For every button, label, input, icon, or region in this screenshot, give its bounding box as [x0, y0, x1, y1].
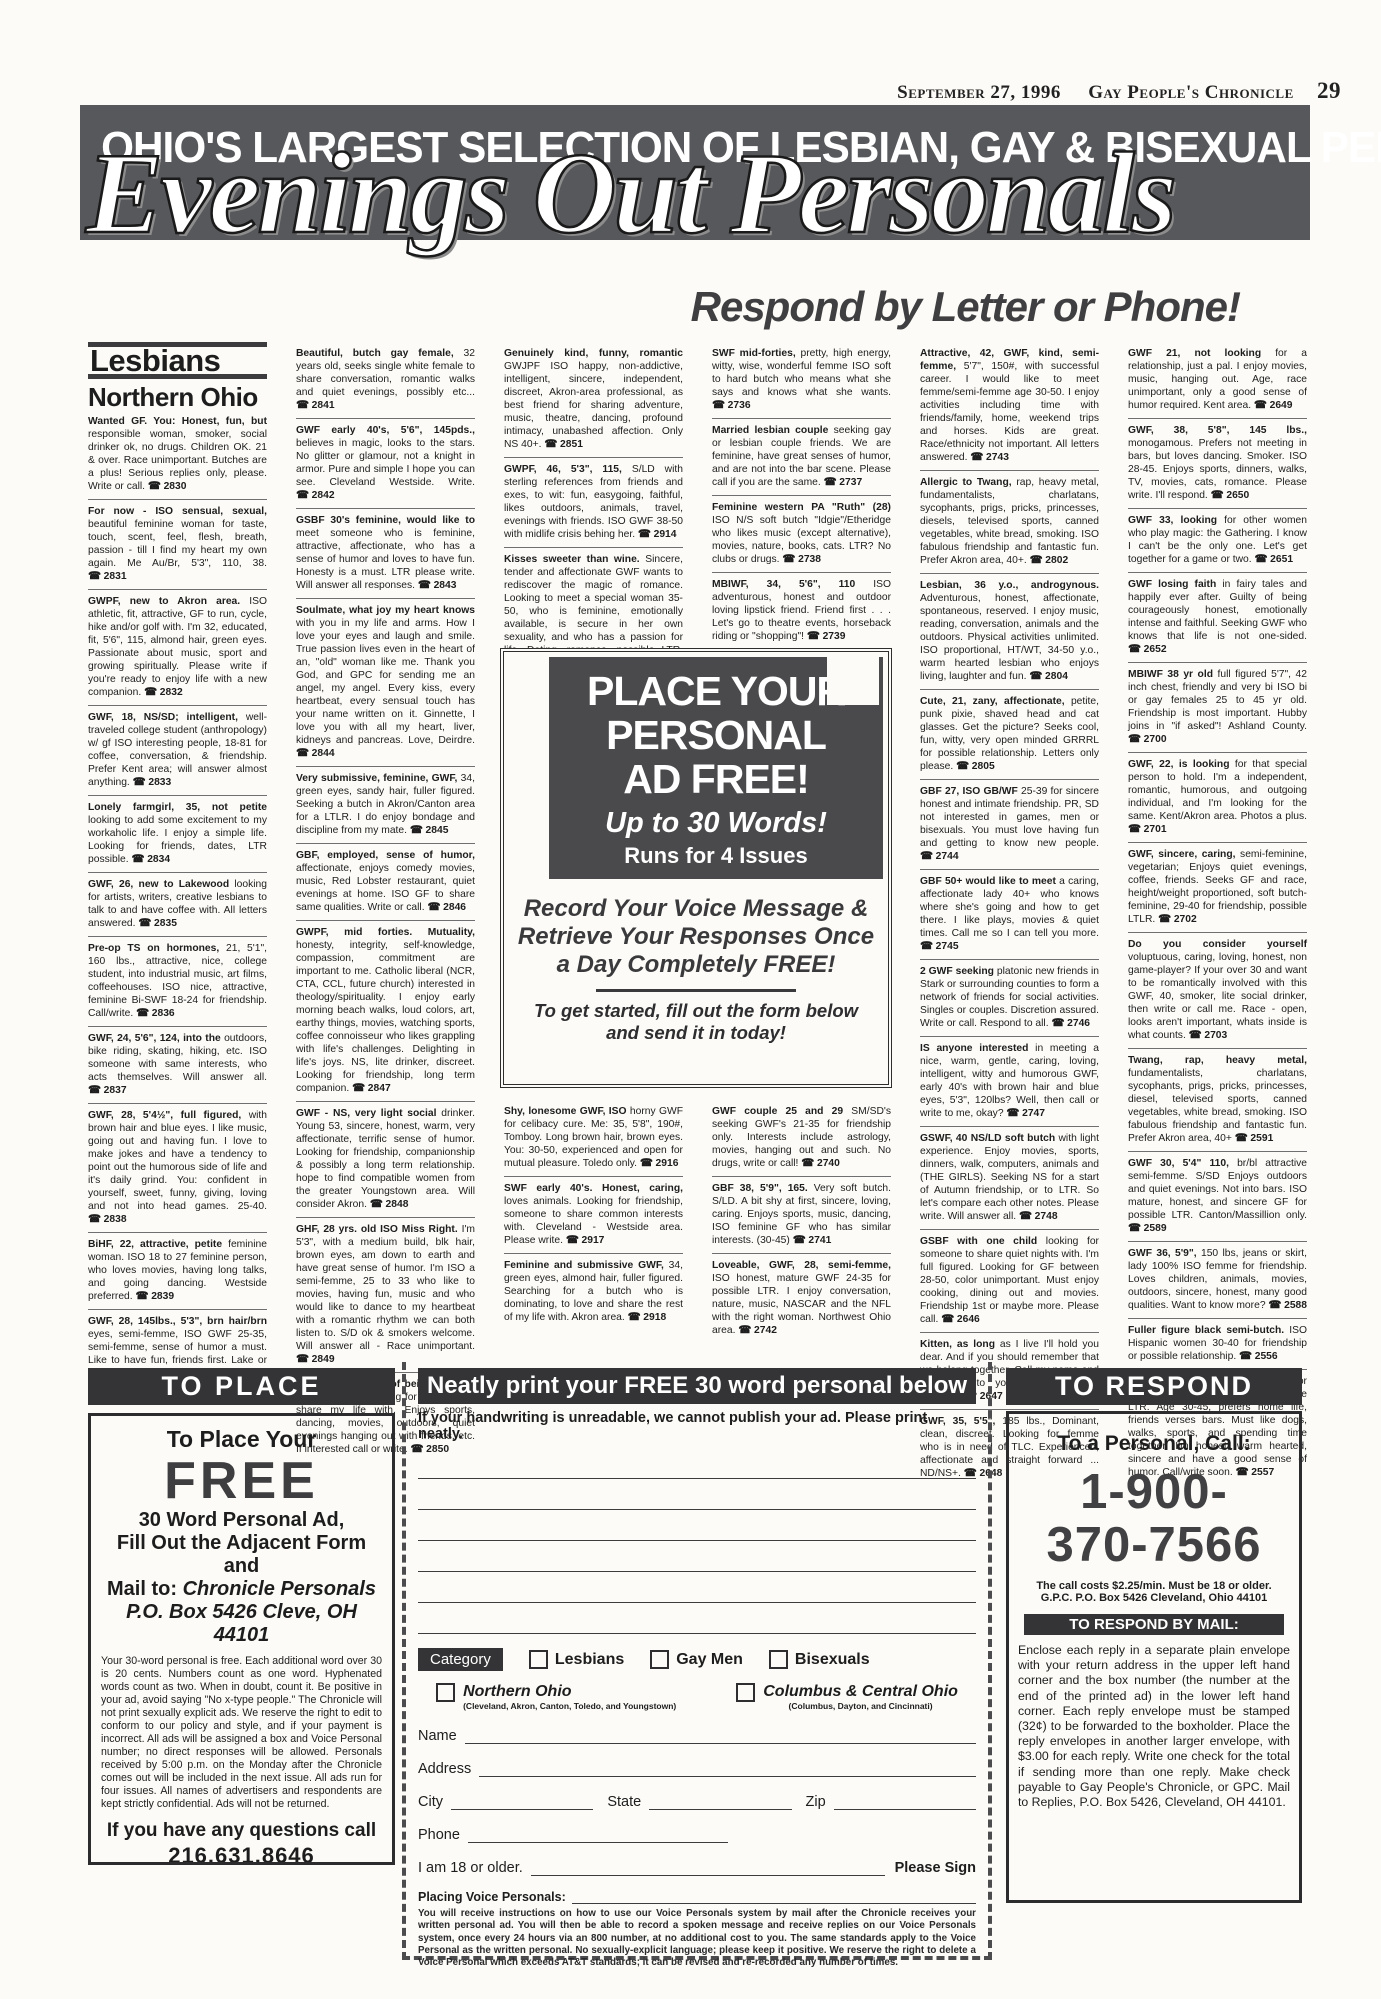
ad-column-1: LesbiansNorthern OhioWanted GF. You: Hon…	[88, 342, 267, 1386]
personal-ad: GWF, 28, 5'4½", full figured, with brown…	[88, 1103, 267, 1232]
personal-ad: GWPF, mid forties. Mutuality, honesty, i…	[296, 920, 475, 1101]
promo-title-line: PERSONAL	[553, 713, 879, 757]
phone-icon-box-number: ☎ 2589	[1128, 1223, 1167, 1234]
phone-icon-box-number: ☎ 2805	[956, 761, 995, 772]
category-option-bisexuals[interactable]: Bisexuals	[769, 1650, 870, 1669]
section-logo: Evenings Out Personals	[86, 128, 1316, 261]
personal-ad: Wanted GF. You: Honest, fun, but respons…	[88, 410, 267, 499]
signature-field[interactable]	[531, 1862, 885, 1876]
phone-icon-box-number: ☎ 2835	[138, 918, 177, 929]
ad-column-3: Genuinely kind, funny, romantic GWJPF IS…	[504, 342, 683, 676]
phone-icon-box-number: ☎ 2556	[1239, 1351, 1278, 1362]
phone-icon-box-number: ☎ 2830	[148, 481, 187, 492]
personal-ad: GSWF, 40 NS/LD soft butch with light exp…	[920, 1126, 1099, 1229]
respond-phone-number: 1-900- 370-7566	[1018, 1466, 1290, 1572]
mailto-name: Chronicle Personals	[183, 1578, 376, 1600]
phone-icon-box-number: ☎ 2851	[544, 439, 583, 450]
ad-column-5: Attractive, 42, GWF, kind, semi-femme, 5…	[920, 342, 1099, 1486]
respond-by-mail-instructions: Enclose each reply in a separate plain e…	[1018, 1643, 1290, 1810]
phone-icon-box-number: ☎ 2847	[352, 1083, 391, 1094]
phone-icon-box-number: ☎ 2739	[807, 631, 846, 642]
phone-icon-box-number: ☎ 2839	[136, 1291, 175, 1302]
checkbox-icon[interactable]	[769, 1650, 788, 1669]
personal-ad: Loveable, GWF, 28, semi-femme, ISO hones…	[712, 1253, 891, 1343]
voice-label-rule	[572, 1890, 976, 1904]
write-line[interactable]	[418, 1448, 976, 1479]
personal-ad: GWF couple 25 and 29 SM/SD's seeking GWF…	[712, 1100, 891, 1176]
phone-icon-box-number: ☎ 2747	[1006, 1108, 1045, 1119]
personal-ad: Feminine and submissive GWF, 34, green e…	[504, 1253, 683, 1330]
phone-icon-box-number: ☎ 2804	[1029, 671, 1068, 682]
to-place-intro: To Place Your	[101, 1426, 382, 1453]
personal-ad: GBF, employed, sense of humor, affection…	[296, 843, 475, 920]
phone-icon-box-number: ☎ 2844	[296, 748, 335, 759]
personal-ad: IS anyone interested in meeting a nice, …	[920, 1036, 1099, 1126]
phone-icon-box-number: ☎ 2591	[1235, 1133, 1274, 1144]
phone-icon-box-number: ☎ 2737	[824, 477, 863, 488]
page-number: 29	[1317, 78, 1341, 103]
handwriting-warning: If your handwriting is unreadable, we ca…	[418, 1410, 976, 1442]
personal-ad: Very submissive, feminine, GWF, 34, gree…	[296, 766, 475, 843]
personal-ad: Attractive, 42, GWF, kind, semi-femme, 5…	[920, 342, 1099, 470]
name-field-label: Name	[418, 1728, 465, 1744]
phone-icon-box-number: ☎ 2744	[920, 851, 959, 862]
personal-ad: GWF, 22, is looking for that special per…	[1128, 752, 1307, 842]
checkbox-icon[interactable]	[436, 1683, 455, 1702]
age-statement: I am 18 or older.	[418, 1860, 531, 1876]
personal-ad: GSBF 30's feminine, would like to meet s…	[296, 508, 475, 598]
section-heading: Lesbians	[88, 342, 267, 379]
region-heading: Northern Ohio	[88, 383, 267, 410]
place-ad-promo-box: PLACE YOUR PERSONAL AD FREE! Up to 30 Wo…	[500, 648, 892, 1088]
phone-icon-box-number: ☎ 2848	[370, 1199, 409, 1210]
phone-icon-box-number: ☎ 2745	[920, 941, 959, 952]
respond-by-mail-header: TO RESPOND BY MAIL:	[1024, 1614, 1284, 1635]
personal-ad: GWF 21, not looking for a relationship, …	[1128, 342, 1307, 418]
to-respond-panel: TO RESPOND To a Personal, Call: 1-900- 3…	[1006, 1368, 1302, 1903]
to-place-rules-text: Your 30-word personal is free. Each addi…	[101, 1655, 382, 1811]
promo-subtitle: Up to 30 Words!	[553, 807, 879, 840]
region-option-cities: (Columbus, Dayton, and Cincinnati)	[763, 1701, 958, 1711]
phone-icon-box-number: ☎ 2916	[640, 1158, 679, 1169]
region-option-label: Columbus & Central Ohio	[763, 1683, 958, 1701]
form-header: Neatly print your FREE 30 word personal …	[418, 1368, 976, 1404]
city-field[interactable]	[451, 1796, 593, 1810]
phone-icon-box-number: ☎ 2650	[1211, 490, 1250, 501]
write-line[interactable]	[418, 1479, 976, 1510]
gpc-address: G.P.C. P.O. Box 5426 Cleveland, Ohio 441…	[1018, 1592, 1290, 1604]
category-option-label: Lesbians	[555, 1651, 624, 1669]
personal-ad: Lesbian, 36 y.o., androgynous. Adventuro…	[920, 573, 1099, 689]
phone-icon-box-number: ☎ 2833	[133, 777, 172, 788]
personal-ad: Twang, rap, heavy metal, fundamentalists…	[1128, 1048, 1307, 1151]
personal-ad: GWF early 40's, 5'6", 145pds., believes …	[296, 418, 475, 508]
phone-icon-box-number: ☎ 2748	[1019, 1211, 1058, 1222]
phone-field[interactable]	[468, 1829, 728, 1843]
tagline: Respond by Letter or Phone!	[540, 283, 1240, 331]
personal-ad: Fuller figure black semi-butch. ISO Hisp…	[1128, 1318, 1307, 1369]
personal-ad: GBF 27, ISO GB/WF 25-39 for sincere hone…	[920, 779, 1099, 869]
to-place-mailto: Mail to: Chronicle Personals	[101, 1578, 382, 1601]
phone-icon-box-number: ☎ 2845	[410, 825, 449, 836]
phone-icon-box-number: ☎ 2743	[970, 452, 1009, 463]
personal-ad: GWF, 18, NS/SD; intelligent, well-travel…	[88, 705, 267, 795]
questions-line: If you have any questions call	[101, 1819, 382, 1843]
zip-field[interactable]	[834, 1796, 976, 1810]
free-word: FREE	[101, 1453, 382, 1509]
write-line[interactable]	[418, 1541, 976, 1572]
phone-icon-box-number: ☎ 2700	[1128, 734, 1167, 745]
personal-ad: GWF 30, 5'4" 110, br/bl attractive semi-…	[1128, 1151, 1307, 1241]
phone-icon-box-number: ☎ 2701	[1128, 824, 1167, 835]
zip-field-label: Zip	[792, 1794, 834, 1810]
phone-icon-box-number: ☎ 2842	[296, 490, 335, 501]
office-phone-number: 216.631.8646	[101, 1843, 382, 1865]
personal-ad: Lonely farmgirl, 35, not petite looking …	[88, 795, 267, 872]
to-place-line: Fill Out the Adjacent Form and	[101, 1532, 382, 1578]
category-option-label: Gay Men	[676, 1651, 743, 1669]
state-field[interactable]	[649, 1796, 791, 1810]
issue-date: September 27, 1996	[897, 82, 1061, 103]
phone-icon-box-number: ☎ 2740	[801, 1158, 840, 1169]
personal-ad: GWF, sincere, caring, semi-feminine, veg…	[1128, 842, 1307, 932]
personal-ad: GWPF, new to Akron area. ISO athletic, f…	[88, 589, 267, 705]
name-field[interactable]	[465, 1730, 976, 1744]
personal-ad: SWF early 40's. Honest, caring, loves an…	[504, 1176, 683, 1253]
personal-ad: Pre-op TS on hormones, 21, 5'1", 160 lbs…	[88, 936, 267, 1026]
publication-name: Gay People's Chronicle	[1088, 82, 1294, 103]
region-option-label: Northern Ohio	[463, 1683, 676, 1701]
ad-column-3-lower: Shy, lonesome GWF, ISO horny GWF for cel…	[504, 1100, 683, 1330]
phone-icon-box-number: ☎ 2831	[88, 571, 127, 582]
region-option-columbus-central[interactable]: Columbus & Central Ohio (Columbus, Dayto…	[736, 1683, 958, 1711]
phone-icon-box-number: ☎ 2738	[782, 554, 821, 565]
phone-icon-box-number: ☎ 2843	[418, 580, 457, 591]
personal-ad: GWF - NS, very light social drinker. You…	[296, 1101, 475, 1217]
personal-ad: 2 GWF seeking platonic new friends in St…	[920, 959, 1099, 1036]
category-label: Category	[418, 1648, 503, 1671]
phone-icon-box-number: ☎ 2651	[1255, 554, 1294, 565]
call-label: To a Personal, Call:	[1018, 1432, 1290, 1456]
phone-icon-box-number: ☎ 2802	[1030, 555, 1069, 566]
ad-column-4: SWF mid-forties, pretty, high energy, wi…	[712, 342, 891, 649]
address-field[interactable]	[479, 1763, 976, 1777]
personal-ad: Beautiful, butch gay female, 32 years ol…	[296, 342, 475, 418]
phone-icon-box-number: ☎ 2652	[1128, 644, 1167, 655]
dateline: September 27, 1996 Gay People's Chronicl…	[897, 78, 1341, 104]
personal-ad: GBF 50+ would like to meet a caring, aff…	[920, 869, 1099, 959]
personal-ad: GWF 36, 5'9", 150 lbs, jeans or skirt, l…	[1128, 1241, 1307, 1318]
checkbox-icon[interactable]	[736, 1683, 755, 1702]
personal-ad: GBF 38, 5'9", 165. Very soft butch. S/LD…	[712, 1176, 891, 1253]
personal-ad: Allergic to Twang, rap, heavy metal, fun…	[920, 470, 1099, 573]
write-line[interactable]	[418, 1603, 976, 1634]
promo-subtitle-2: Runs for 4 Issues	[553, 843, 879, 869]
mailto-address: P.O. Box 5426 Cleve, OH 44101	[126, 1601, 357, 1646]
phone-icon-box-number: ☎ 2702	[1158, 914, 1197, 925]
phone-icon-box-number: ☎ 2836	[136, 1008, 175, 1019]
to-place-box: To Place Your FREE 30 Word Personal Ad, …	[88, 1413, 395, 1865]
promo-voice-text: Record Your Voice Message & Retrieve You…	[515, 895, 877, 979]
personal-ad: BiHF, 22, attractive, petite feminine wo…	[88, 1232, 267, 1309]
checkbox-icon[interactable]	[650, 1650, 669, 1669]
phone-icon-box-number: ☎ 2588	[1268, 1300, 1307, 1311]
please-sign-label: Please Sign	[885, 1860, 976, 1876]
category-option-label: Bisexuals	[795, 1651, 870, 1669]
personal-ad-form: Neatly print your FREE 30 word personal …	[402, 1362, 992, 1960]
phone-icon-box-number: ☎ 2703	[1189, 1030, 1228, 1041]
category-option-gay-men[interactable]: Gay Men	[650, 1650, 743, 1669]
personal-ad: Cute, 21, zany, affectionate, petite, pu…	[920, 689, 1099, 779]
personal-ad: GWF, 24, 5'6", 124, into the outdoors, b…	[88, 1026, 267, 1103]
personal-ad: SWF mid-forties, pretty, high energy, wi…	[712, 342, 891, 418]
phone-icon-box-number: ☎ 2914	[638, 529, 677, 540]
to-respond-header: TO RESPOND	[1006, 1368, 1302, 1405]
promo-headline-panel: PLACE YOUR PERSONAL AD FREE! Up to 30 Wo…	[549, 657, 883, 879]
phone-icon-box-number: ☎ 2649	[1254, 400, 1293, 411]
personal-ad: GHF, 28 yrs. old ISO Miss Right. I'm 5'3…	[296, 1217, 475, 1372]
personal-ad: GWF 33, looking for other women who play…	[1128, 508, 1307, 572]
phone-icon-box-number: ☎ 2834	[132, 854, 171, 865]
personal-ad: Shy, lonesome GWF, ISO horny GWF for cel…	[504, 1100, 683, 1176]
to-place-panel: TO PLACE To Place Your FREE 30 Word Pers…	[88, 1368, 395, 1865]
phone-icon-box-number: ☎ 2841	[296, 400, 335, 411]
personal-ad: GWF, 38, 5'8", 145 lbs., monogamous. Pre…	[1128, 418, 1307, 508]
ad-column-4-lower: GWF couple 25 and 29 SM/SD's seeking GWF…	[712, 1100, 891, 1343]
ad-column-2: Beautiful, butch gay female, 32 years ol…	[296, 342, 475, 1462]
personal-ad: GWF losing faith in fairy tales and happ…	[1128, 572, 1307, 662]
promo-corner-notch	[827, 657, 879, 705]
promo-divider	[596, 989, 796, 992]
to-place-header: TO PLACE	[88, 1368, 395, 1405]
address-field-label: Address	[418, 1761, 479, 1777]
write-line[interactable]	[418, 1572, 976, 1603]
region-option-northern-ohio[interactable]: Northern Ohio (Cleveland, Akron, Canton,…	[436, 1683, 676, 1711]
phone-icon-box-number: ☎ 2746	[1051, 1018, 1090, 1029]
category-option-lesbians[interactable]: Lesbians	[529, 1650, 624, 1669]
state-field-label: State	[593, 1794, 649, 1810]
phone-icon-box-number: ☎ 2918	[628, 1312, 667, 1323]
write-line[interactable]	[418, 1510, 976, 1541]
phone-icon-box-number: ☎ 2917	[566, 1235, 605, 1246]
promo-cta-text: To get started, fill out the form below …	[519, 1000, 873, 1044]
ad-column-6: GWF 21, not looking for a relationship, …	[1128, 342, 1307, 1485]
region-option-cities: (Cleveland, Akron, Canton, Toledo, and Y…	[463, 1701, 676, 1711]
personal-ad: Soulmate, what joy my heart knows with y…	[296, 598, 475, 766]
phone-icon-box-number: ☎ 2736	[712, 400, 751, 411]
voice-personals-label: Placing Voice Personals:	[418, 1890, 566, 1904]
phone-icon-box-number: ☎ 2741	[793, 1235, 832, 1246]
phone-field-label: Phone	[418, 1827, 468, 1843]
phone-icon-box-number: ☎ 2742	[738, 1325, 777, 1336]
personal-ad: GWF, 26, new to Lakewood looking for art…	[88, 872, 267, 936]
checkbox-icon[interactable]	[529, 1650, 548, 1669]
to-respond-box: To a Personal, Call: 1-900- 370-7566 The…	[1006, 1411, 1302, 1903]
call-cost-note: The call costs $2.25/min. Must be 18 or …	[1018, 1580, 1290, 1592]
phone-icon-box-number: ☎ 2849	[296, 1354, 335, 1365]
newspaper-page: September 27, 1996 Gay People's Chronicl…	[0, 0, 1381, 1999]
phone-icon-box-number: ☎ 2832	[144, 687, 183, 698]
promo-title-line: AD FREE!	[553, 757, 879, 801]
phone-icon-box-number: ☎ 2837	[88, 1085, 127, 1096]
personal-ad: MBIWF, 34, 5'6", 110 ISO adventurous, ho…	[712, 572, 891, 649]
personal-ad: For now - ISO sensual, sexual, beautiful…	[88, 499, 267, 589]
personal-ad: Feminine western PA "Ruth" (28) ISO N/S …	[712, 495, 891, 572]
personal-ad: Married lesbian couple seeking gay or le…	[712, 418, 891, 495]
personal-ad: GSBF with one child looking for someone …	[920, 1229, 1099, 1332]
phone-icon-box-number: ☎ 2846	[427, 902, 466, 913]
phone-icon-box-number: ☎ 2646	[941, 1314, 980, 1325]
personal-ad: GWPF, 46, 5'3", 115, S/LD with sterling …	[504, 457, 683, 547]
personal-ad: Do you consider yourself voluptuous, car…	[1128, 932, 1307, 1048]
phone-icon-box-number: ☎ 2838	[88, 1214, 127, 1225]
city-field-label: City	[418, 1794, 451, 1810]
personal-ad: Genuinely kind, funny, romantic GWJPF IS…	[504, 342, 683, 457]
voice-personals-instructions: You will receive instructions on how to …	[418, 1908, 976, 1969]
to-place-line: 30 Word Personal Ad,	[101, 1509, 382, 1532]
personal-ad: MBIWF 38 yr old full figured 5'7", 42 in…	[1128, 662, 1307, 752]
